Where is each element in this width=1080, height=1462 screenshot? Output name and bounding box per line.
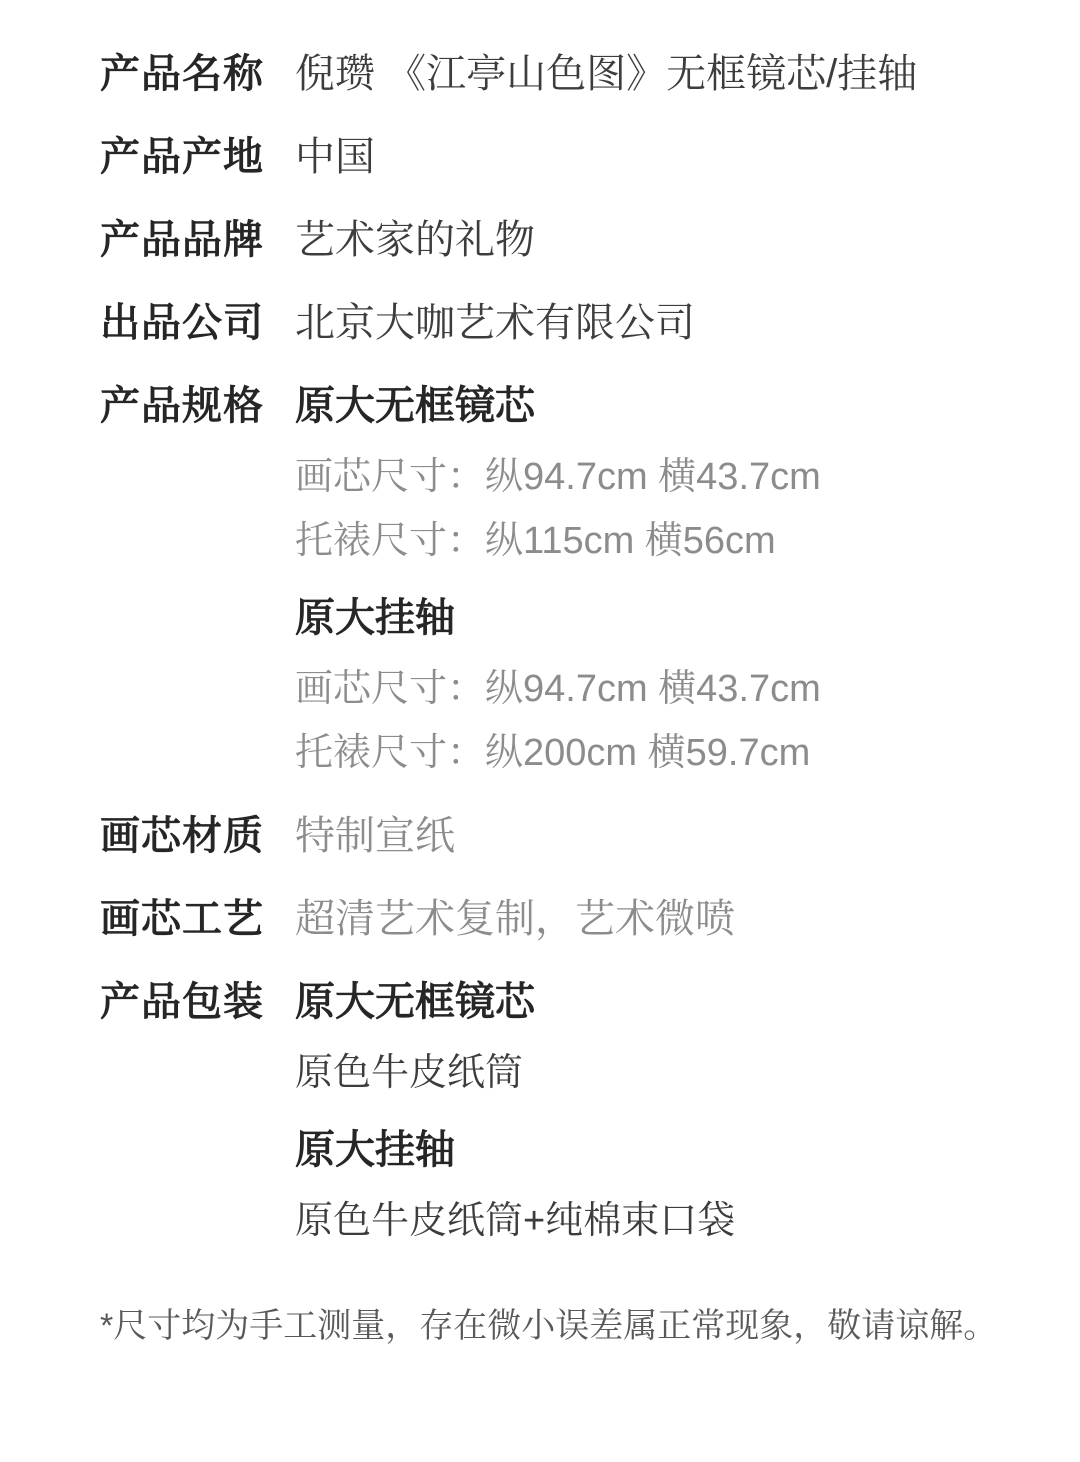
- spec-detail: 原色牛皮纸筒: [295, 1049, 1040, 1097]
- spec-label: 产品规格: [100, 382, 295, 430]
- spec-detail: 画芯尺寸：纵94.7cm 横43.7cm: [295, 665, 1040, 713]
- spec-label: 产品品牌: [100, 216, 295, 264]
- spec-value: 中国: [295, 133, 1040, 181]
- spec-label: 画芯工艺: [100, 895, 295, 943]
- spec-subheading: 原大挂轴: [295, 1126, 1040, 1174]
- spec-label: 产品名称: [100, 50, 295, 98]
- spec-row-company: 出品公司 北京大咖艺术有限公司: [100, 299, 1040, 347]
- spec-detail: 画芯尺寸：纵94.7cm 横43.7cm: [295, 453, 1040, 501]
- spec-row-material: 画芯材质 特制宣纸: [100, 812, 1040, 860]
- spec-subheading: 原大无框镜芯: [295, 978, 1040, 1026]
- measurement-disclaimer: *尺寸均为手工测量，存在微小误差属正常现象，敬请谅解。: [100, 1304, 1040, 1348]
- spec-row-product-name: 产品名称 倪瓒 《江亭山色图》无框镜芯/挂轴: [100, 50, 1040, 98]
- spec-detail: 托裱尺寸：纵200cm 横59.7cm: [295, 729, 1040, 777]
- spec-subheading: 原大无框镜芯: [295, 382, 1040, 430]
- spec-row-specifications: 产品规格 原大无框镜芯 画芯尺寸：纵94.7cm 横43.7cm 托裱尺寸：纵1…: [100, 382, 1040, 777]
- spec-value: 超清艺术复制，艺术微喷: [295, 895, 1040, 943]
- spec-label: 产品产地: [100, 133, 295, 181]
- spec-value: 特制宣纸: [295, 812, 1040, 860]
- spec-table: 产品名称 倪瓒 《江亭山色图》无框镜芯/挂轴 产品产地 中国 产品品牌 艺术家的…: [100, 50, 1040, 1245]
- product-spec-sheet: 产品名称 倪瓒 《江亭山色图》无框镜芯/挂轴 产品产地 中国 产品品牌 艺术家的…: [0, 0, 1080, 1462]
- spec-subheading: 原大挂轴: [295, 594, 1040, 642]
- spec-detail: 托裱尺寸：纵115cm 横56cm: [295, 517, 1040, 565]
- spec-row-brand: 产品品牌 艺术家的礼物: [100, 216, 1040, 264]
- spec-row-packaging: 产品包装 原大无框镜芯 原色牛皮纸筒 原大挂轴 原色牛皮纸筒+纯棉束口袋: [100, 978, 1040, 1245]
- spec-label: 产品包装: [100, 978, 295, 1026]
- spec-value: 艺术家的礼物: [295, 216, 1040, 264]
- spec-row-craft: 画芯工艺 超清艺术复制，艺术微喷: [100, 895, 1040, 943]
- spec-detail: 原色牛皮纸筒+纯棉束口袋: [295, 1197, 1040, 1245]
- spec-value: 北京大咖艺术有限公司: [295, 299, 1040, 347]
- spec-value: 倪瓒 《江亭山色图》无框镜芯/挂轴: [295, 50, 1040, 98]
- spec-label: 出品公司: [100, 299, 295, 347]
- spec-label: 画芯材质: [100, 812, 295, 860]
- spec-row-origin: 产品产地 中国: [100, 133, 1040, 181]
